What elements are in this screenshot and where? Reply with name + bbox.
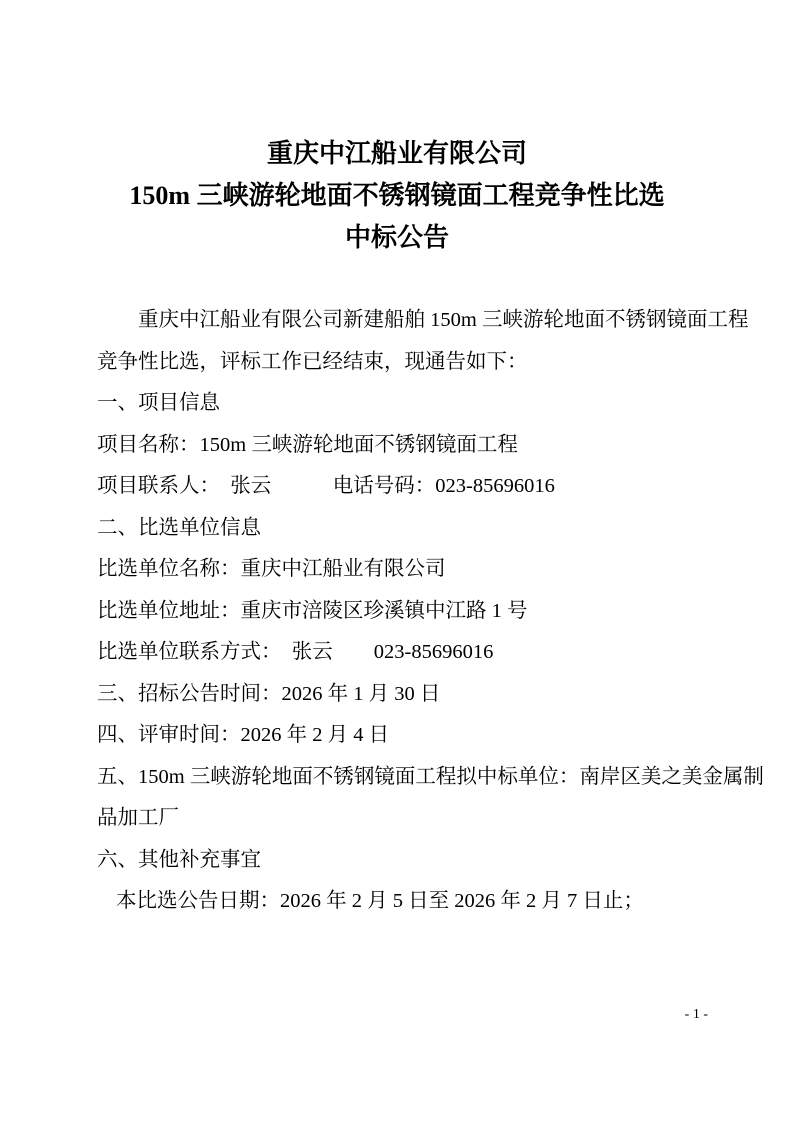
page-number: - 1 -: [685, 1007, 708, 1023]
unit-contact-line: 比选单位联系方式： 张云 023-85696016: [97, 632, 697, 674]
section-6-heading: 六、其他补充事宜: [97, 840, 697, 882]
unit-name-line: 比选单位名称：重庆中江船业有限公司: [97, 549, 697, 591]
project-contact-line: 项目联系人： 张云 电话号码：023-85696016: [97, 466, 697, 508]
section-5-winner-line-2: 品加工厂: [97, 798, 697, 840]
section-4-review-time-line: 四、评审时间：2026 年 2 月 4 日: [97, 715, 697, 757]
announcement-period-line: 本比选公告日期：2026 年 2 月 5 日至 2026 年 2 月 7 日止；: [97, 881, 697, 923]
section-5-winner-line-1: 五、150m 三峡游轮地面不锈钢镜面工程拟中标单位：南岸区美之美金属制: [97, 757, 697, 799]
title-company-name: 重庆中江船业有限公司: [97, 133, 697, 175]
document-page: 重庆中江船业有限公司 150m 三峡游轮地面不锈钢镜面工程竞争性比选 中标公告 …: [0, 0, 793, 1122]
intro-line-1: 重庆中江船业有限公司新建船舶 150m 三峡游轮地面不锈钢镜面工程: [97, 300, 697, 342]
unit-address-line: 比选单位地址：重庆市涪陵区珍溪镇中江路 1 号: [97, 591, 697, 633]
section-1-heading: 一、项目信息: [97, 383, 697, 425]
document-body: 重庆中江船业有限公司新建船舶 150m 三峡游轮地面不锈钢镜面工程 竞争性比选，…: [97, 300, 697, 923]
section-2-heading: 二、比选单位信息: [97, 508, 697, 550]
project-name-line: 项目名称：150m 三峡游轮地面不锈钢镜面工程: [97, 425, 697, 467]
document-title: 重庆中江船业有限公司 150m 三峡游轮地面不锈钢镜面工程竞争性比选 中标公告: [97, 133, 697, 259]
title-announcement-type: 中标公告: [97, 217, 697, 259]
document-content: 重庆中江船业有限公司 150m 三峡游轮地面不锈钢镜面工程竞争性比选 中标公告 …: [97, 133, 697, 923]
title-project-name: 150m 三峡游轮地面不锈钢镜面工程竞争性比选: [97, 175, 697, 217]
intro-line-2: 竞争性比选，评标工作已经结束，现通告如下：: [97, 342, 697, 384]
section-3-announcement-time-line: 三、招标公告时间：2026 年 1 月 30 日: [97, 674, 697, 716]
